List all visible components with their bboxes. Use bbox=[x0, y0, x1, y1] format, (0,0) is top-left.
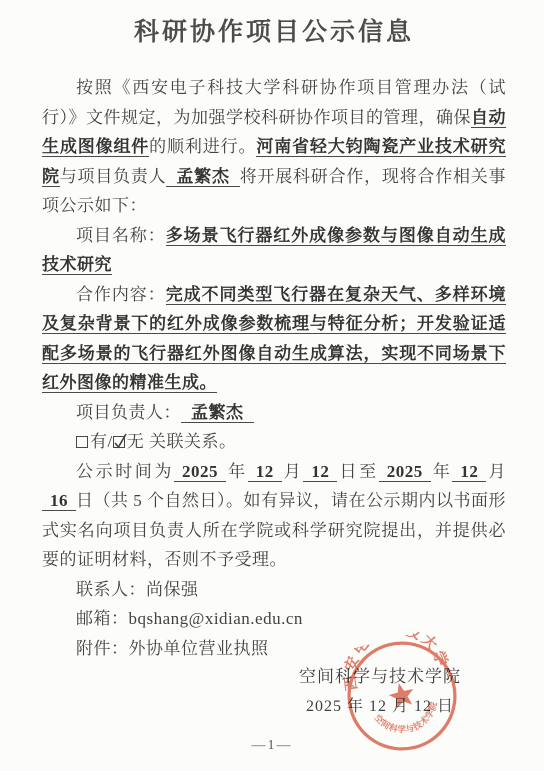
relation-suffix: 关联关系。 bbox=[144, 432, 236, 451]
intro-text-3: 与项目负责人 bbox=[60, 167, 167, 186]
publicity-suffix: 日（共 5 个自然日）。如有异议，请在公示期内以书面形式实名向项目负责人所在学院… bbox=[42, 491, 506, 569]
intro-text-1: 按照《西安电子科技大学科研协作项目管理办法（试行）》文件规定，为加强学校科研协作… bbox=[42, 78, 506, 127]
fill-leader-name: 孟繁杰 bbox=[166, 167, 239, 187]
email-label: 邮箱： bbox=[76, 609, 129, 628]
project-name-label: 项目名称： bbox=[76, 226, 166, 245]
page-number: —1— bbox=[0, 738, 544, 754]
relation-none-label: 无 bbox=[127, 432, 145, 451]
publicity-period-paragraph: 公示时间为2025年12月12日至2025年12月16日（共 5 个自然日）。如… bbox=[42, 457, 506, 575]
signature-date: 2025 年 12 月 12 日 bbox=[258, 692, 502, 722]
cooperation-content-label: 合作内容： bbox=[76, 285, 166, 304]
publicity-sep-year1: 年 bbox=[226, 462, 248, 481]
signature-block: 空间科学与技术学院 2025 年 12 月 12 日 bbox=[258, 662, 502, 722]
contact-label: 联系人： bbox=[76, 580, 146, 599]
project-name-paragraph: 项目名称：多场景飞行器红外成像参数与图像自动生成技术研究 bbox=[42, 221, 506, 280]
publicity-sep-until: 日至 bbox=[337, 462, 378, 481]
fill-end-year: 2025 bbox=[379, 462, 431, 482]
fill-end-month: 12 bbox=[452, 462, 486, 482]
publicity-prefix: 公示时间为 bbox=[76, 462, 174, 481]
fill-start-day: 12 bbox=[303, 462, 337, 482]
signature-org: 空间科学与技术学院 bbox=[258, 662, 502, 692]
contact-value: 尚保强 bbox=[146, 580, 199, 599]
cooperation-content-paragraph: 合作内容：完成不同类型飞行器在复杂天气、多样环境及复杂背景下的红外成像参数梳理与… bbox=[42, 280, 506, 398]
project-leader-line: 项目负责人：孟繁杰 bbox=[42, 398, 506, 428]
attachment-line: 附件：外协单位营业执照 bbox=[42, 634, 506, 664]
project-leader-label: 项目负责人： bbox=[76, 403, 181, 422]
intro-paragraph: 按照《西安电子科技大学科研协作项目管理办法（试行）》文件规定，为加强学校科研协作… bbox=[42, 73, 506, 221]
check-icon bbox=[114, 432, 127, 449]
scanned-document-page: 科研协作项目公示信息 按照《西安电子科技大学科研协作项目管理办法（试行）》文件规… bbox=[0, 0, 544, 771]
fill-start-month: 12 bbox=[248, 462, 282, 482]
attachment-value: 外协单位营业执照 bbox=[129, 639, 269, 658]
contact-line: 联系人：尚保强 bbox=[42, 575, 506, 605]
email-value: bqshang@xidian.edu.cn bbox=[129, 609, 303, 628]
fill-end-day: 16 bbox=[42, 491, 76, 511]
relation-has-label: 有/ bbox=[90, 432, 113, 451]
email-line: 邮箱：bqshang@xidian.edu.cn bbox=[42, 604, 506, 634]
publicity-sep-month2: 月 bbox=[486, 462, 506, 481]
publicity-sep-month1: 月 bbox=[282, 462, 304, 481]
attachment-label: 附件： bbox=[76, 639, 129, 658]
relation-line: 有/无 关联关系。 bbox=[42, 427, 506, 457]
checkbox-has-relation-unchecked bbox=[76, 436, 88, 448]
fill-start-year: 2025 bbox=[174, 462, 226, 482]
page-title: 科研协作项目公示信息 bbox=[42, 16, 506, 50]
checkbox-no-relation-checked bbox=[113, 436, 125, 448]
publicity-sep-year2: 年 bbox=[431, 462, 453, 481]
fill-project-leader: 孟繁杰 bbox=[181, 403, 254, 423]
intro-text-2: 的顺利进行。 bbox=[149, 137, 256, 156]
